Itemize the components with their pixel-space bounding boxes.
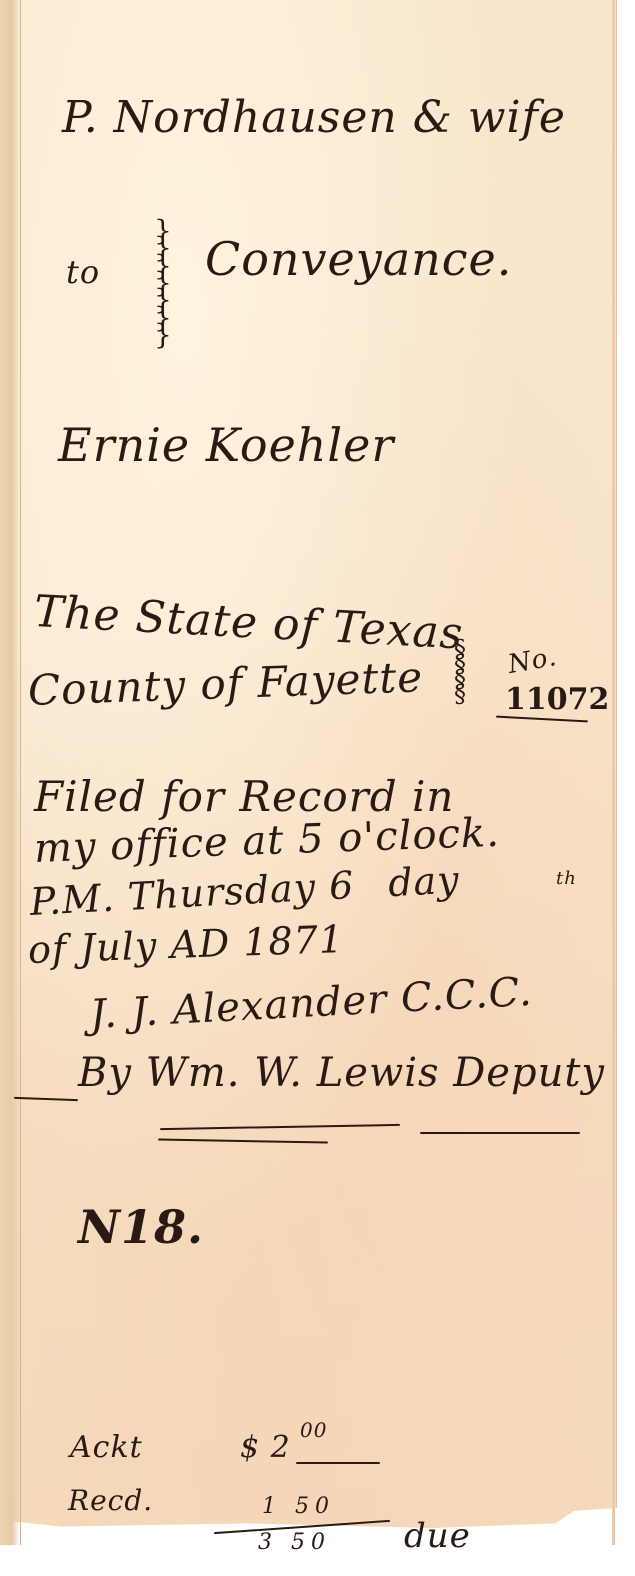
day-ordinal-superscript: th <box>556 868 577 889</box>
coil-brace-flourish-icon: §§§§ <box>454 642 466 702</box>
received-amount: 1 50 <box>262 1494 335 1519</box>
instrument-type: Conveyance. <box>205 232 512 286</box>
signature-underline <box>420 1132 580 1134</box>
received-label: Recd. <box>68 1484 153 1517</box>
ackt-fee-amount: $ 2 <box>240 1430 291 1465</box>
ackt-fee-label: Ackt <box>70 1430 143 1465</box>
connector-to: to <box>66 253 100 291</box>
filing-line-3-end: day <box>387 858 461 906</box>
grantor-name: P. Nordhausen & wife <box>62 92 566 143</box>
curly-brace-flourish-icon: }}}}}}} <box>154 222 172 344</box>
paper-left-fold-edge <box>0 0 21 1545</box>
paper-right-fold-edge <box>612 0 615 1545</box>
folio-mark: N18. <box>78 1200 204 1254</box>
record-number: 11072 <box>505 682 609 717</box>
grantee-name: Ernie Koehler <box>58 418 394 472</box>
due-label: due <box>404 1516 471 1556</box>
due-amount: 3 50 <box>258 1530 331 1555</box>
deputy-signature: By Wm. W. Lewis Deputy <box>78 1050 605 1096</box>
ackt-fee-cents: 00 <box>300 1418 327 1442</box>
ackt-fee-underline <box>296 1462 380 1464</box>
